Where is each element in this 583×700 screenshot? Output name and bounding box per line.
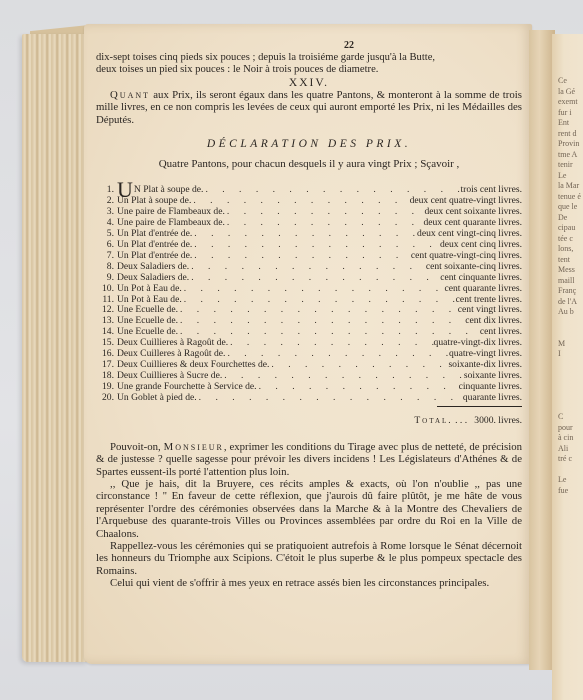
book-page-edges: [22, 34, 88, 662]
facing-page-line: tré c: [558, 454, 583, 465]
prize-value: cent quarante livres.: [444, 284, 522, 295]
facing-page-line: Franç: [558, 286, 583, 297]
section-paragraph-text: aux Prix, ils seront égaux dans les quat…: [96, 89, 522, 126]
page-number: 22: [176, 40, 522, 52]
total-value: 3000. livres.: [474, 415, 522, 426]
facing-page-line: Provin: [558, 139, 583, 150]
facing-page-line: [558, 360, 583, 371]
leader-dots: . . . . . . . . . . . . . . . . . . . . …: [192, 229, 417, 240]
facing-page-line: Ent: [558, 118, 583, 129]
facing-page-line: la Gé: [558, 87, 583, 98]
prize-item: UN Plat à soupe de.: [117, 180, 203, 196]
facing-page-line: C: [558, 412, 583, 423]
total-dots: . . .: [455, 415, 467, 426]
total-rule: [437, 406, 522, 407]
prize-value: quarante livres.: [463, 393, 522, 404]
facing-page-line: Au b: [558, 307, 583, 318]
prize-item: Un Goblet à pied de.: [117, 393, 197, 404]
prize-number: 9.: [96, 273, 114, 284]
facing-page-line: Le: [558, 171, 583, 182]
facing-page-line: [558, 318, 583, 329]
facing-page-line: [558, 328, 583, 339]
facing-page-line: de l'A: [558, 297, 583, 308]
paragraph-1: Pouvoit-on, Monsieur, exprimer les condi…: [96, 441, 522, 478]
total-label: Total.: [414, 415, 452, 426]
leader-dots: . . . . . . . . . . . . . . . . . . . . …: [197, 393, 463, 404]
leader-dots: . . . . . . . . . . . . . . . . . . . . …: [192, 240, 440, 251]
facing-page-line: [558, 465, 583, 476]
facing-page-line: tent: [558, 255, 583, 266]
facing-page-line: fur i: [558, 108, 583, 119]
facing-page-line: tenue é: [558, 192, 583, 203]
facing-page-line: Ali: [558, 444, 583, 455]
facing-page-line: que le: [558, 202, 583, 213]
facing-page-line: maill: [558, 276, 583, 287]
facing-page-line: [558, 402, 583, 413]
total-line: Total. . . . 3000. livres.: [96, 415, 522, 427]
prize-item: Deux Saladiers de.: [117, 273, 189, 284]
page-content: 22 dix-sept toises cinq pieds six pouces…: [96, 40, 522, 590]
paragraph-4: Celui qui vient de s'offrir à mes yeux e…: [96, 577, 522, 589]
prize-list: 1.UN Plat à soupe de.. . . . . . . . . .…: [96, 180, 522, 403]
facing-page-line: la Mar: [558, 181, 583, 192]
facing-page-line: exemt: [558, 97, 583, 108]
facing-page-line: tenir: [558, 160, 583, 171]
facing-page-line: pour: [558, 423, 583, 434]
paragraph-1-lead: Pouvoit-on,: [110, 441, 164, 453]
facing-page-line: M: [558, 339, 583, 350]
prize-row: 1.UN Plat à soupe de.. . . . . . . . . .…: [96, 180, 522, 196]
section-number: XXIV.: [96, 77, 522, 89]
facing-page-line: tme A: [558, 150, 583, 161]
leader-dots: . . . . . . . . . . . . . . . . . . . . …: [189, 262, 426, 273]
prize-number: 20.: [96, 393, 114, 404]
facing-page-line: Le: [558, 475, 583, 486]
leader-dots: . . . . . . . . . . . . . . . . . . . . …: [178, 316, 465, 327]
prize-row: 20.Un Goblet à pied de.. . . . . . . . .…: [96, 393, 522, 404]
facing-page: Cela Géexemtfur iEntrent dProvintme Aten…: [552, 34, 583, 700]
leader-dots: . . . . . . . . . . . . . . . . . . . . …: [225, 207, 425, 218]
facing-page-line: cipau: [558, 223, 583, 234]
leader-dots: . . . . . . . . . . . . . . . . . . . . …: [189, 273, 440, 284]
facing-page-line: De: [558, 213, 583, 224]
facing-page-line: Mess: [558, 265, 583, 276]
opening-line-2: deux toises un pied six pouces : le Noir…: [96, 64, 522, 76]
declaration-title: DÉCLARATION DES PRIX.: [96, 138, 522, 150]
prize-value: cent cinquante livres.: [440, 273, 522, 284]
facing-page-line: tée c: [558, 234, 583, 245]
facing-page-text-fragment: Cela Géexemtfur iEntrent dProvintme Aten…: [552, 34, 583, 496]
prize-item: Un Pot à Eau de.: [117, 284, 182, 295]
facing-page-line: fue: [558, 486, 583, 497]
leader-dots: . . . . . . . . . . . . . . . . . . . . …: [182, 284, 445, 295]
leader-dots: . . . . . . . . . . . . . . . . . . . . …: [222, 371, 464, 382]
drop-cap: U: [117, 177, 133, 202]
prize-number: 10.: [96, 284, 114, 295]
prize-row: 9.Deux Saladiers de.. . . . . . . . . . …: [96, 273, 522, 284]
facing-page-line: lons,: [558, 244, 583, 255]
facing-page-line: Ce: [558, 76, 583, 87]
paragraph-1-smallcaps: Monsieur: [164, 441, 224, 453]
leader-dots: . . . . . . . . . . . . . . . . . . . . …: [182, 295, 456, 306]
facing-page-line: à cin: [558, 433, 583, 444]
leader-dots: . . . . . . . . . . . . . . . . . . . . …: [228, 338, 433, 349]
facing-page-line: [558, 391, 583, 402]
opening-line-1: dix-sept toises cinq pieds six pouces ; …: [96, 52, 522, 64]
leader-dots: . . . . . . . . . . . . . . . . . . . . …: [192, 251, 411, 262]
leader-dots: . . . . . . . . . . . . . . . . . . . . …: [178, 305, 458, 316]
leader-dots: . . . . . . . . . . . . . . . . . . . . …: [257, 382, 459, 393]
leader-dots: . . . . . . . . . . . . . . . . . . . . …: [269, 360, 448, 371]
facing-page-line: [558, 381, 583, 392]
declaration-intro: Quatre Pantons, pour chacun desquels il …: [96, 158, 522, 170]
facing-page-line: I: [558, 349, 583, 360]
paragraph-3: Rappellez-vous les cérémonies qui se pra…: [96, 540, 522, 577]
prize-row: 10.Un Pot à Eau de.. . . . . . . . . . .…: [96, 284, 522, 295]
paragraph-2: ,, Que je hais, dit la Bruyere, ces réci…: [96, 478, 522, 540]
section-lead-word: Quant: [110, 89, 150, 101]
section-paragraph: Quant aux Prix, ils seront égaux dans le…: [96, 89, 522, 126]
facing-page-line: [558, 370, 583, 381]
facing-page-line: rent d: [558, 129, 583, 140]
leader-dots: . . . . . . . . . . . . . . . . . . . . …: [225, 218, 424, 229]
